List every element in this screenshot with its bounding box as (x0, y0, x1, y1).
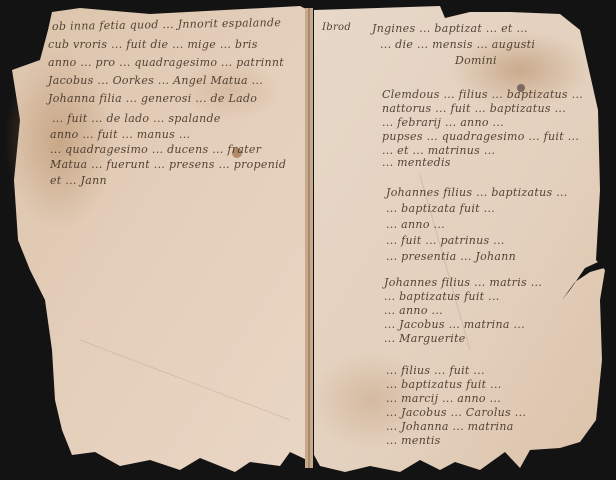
text-line: ... fuit ... patrinus ... (386, 234, 505, 247)
text-line: ... baptizatus fuit ... (384, 290, 500, 303)
text-line: ... mentis (386, 434, 441, 447)
text-line: Johanna filia ... generosi ... de Lado (48, 92, 257, 105)
text-line: ... mentedis (382, 156, 451, 169)
text-line: anno ... pro ... quadragesimo ... patrin… (48, 56, 284, 69)
text-line: ... filius ... fuit ... (386, 364, 485, 377)
text-line: Clemdous ... filius ... baptizatus ... (382, 88, 583, 101)
text-line: nattorus ... fuit ... baptizatus ... (382, 102, 566, 115)
text-line: ... presentia ... Johann (386, 250, 516, 263)
text-line: pupses ... quadragesimo ... fuit ... (382, 130, 579, 143)
text-line: ... Johanna ... matrina (386, 420, 514, 433)
manuscript-photo: ob inna fetia quod ... Jnnorit espalande… (0, 0, 616, 480)
text-line: Johannes filius ... baptizatus ... (386, 186, 568, 199)
margin-note: Ibrod (322, 22, 351, 33)
text-line: Johannes filius ... matris ... (384, 276, 542, 289)
text-line: ... quadragesimo ... ducens ... frater (50, 143, 261, 156)
text-line: ... Jacobus ... Carolus ... (386, 406, 526, 419)
text-line: ... marcij ... anno ... (386, 392, 501, 405)
text-line: Domini (455, 54, 497, 67)
text-line: et ... Jann (50, 174, 107, 187)
text-line: ... fuit ... de lado ... spalande (52, 112, 221, 125)
text-line: ... febrarij ... anno ... (382, 116, 504, 129)
text-line: ... anno ... (384, 304, 443, 317)
text-line: anno ... fuit ... manus ... (50, 128, 190, 141)
text-line: ... baptizatus fuit ... (386, 378, 502, 391)
text-line: ... Jacobus ... matrina ... (384, 318, 525, 331)
text-line: ... baptizata fuit ... (386, 202, 495, 215)
text-line: Jacobus ... Oorkes ... Angel Matua ... (48, 74, 263, 87)
text-line: ... die ... mensis ... augusti (380, 38, 535, 51)
text-line: Matua ... fuerunt ... presens ... propen… (50, 158, 286, 171)
text-line: Jngines ... baptizat ... et ... (372, 22, 528, 35)
text-line: cub vroris ... fuit die ... mige ... bri… (48, 38, 258, 51)
text-line: ... Marguerite (384, 332, 466, 345)
text-line: ... anno ... (386, 218, 445, 231)
